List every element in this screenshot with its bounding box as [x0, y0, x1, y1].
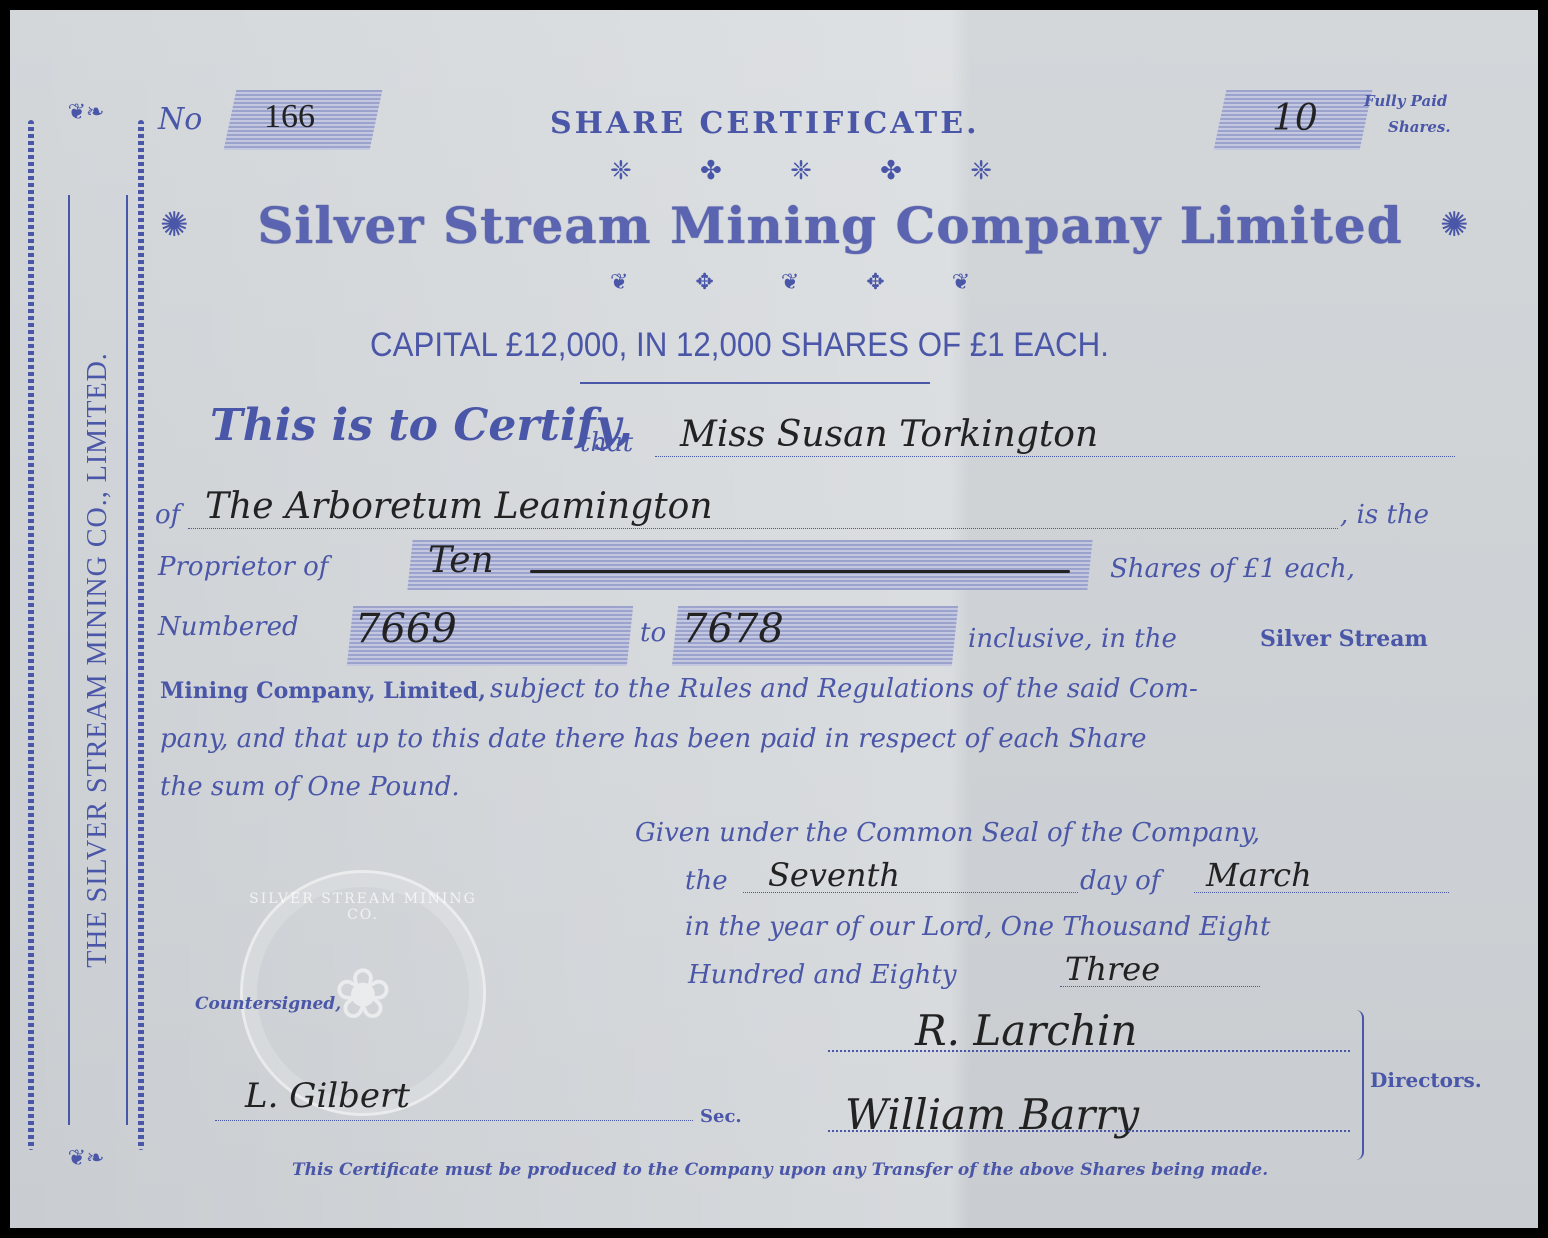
- flourish-divider: [580, 382, 930, 384]
- flourish-top-icon: ❦❧: [38, 100, 134, 124]
- side-scroll-banner: THE SILVER STREAM MINING CO., LIMITED.: [68, 195, 128, 1125]
- certificate-number: 166: [264, 98, 315, 136]
- certificate-heading: SHARE CERTIFICATE.: [550, 106, 980, 141]
- shares-words-strike: [530, 570, 1070, 573]
- number-from: 7669: [355, 606, 457, 652]
- ornament-right-icon: ✺: [1440, 205, 1469, 245]
- countersigned-label: Countersigned,: [195, 994, 341, 1014]
- paragraph-line-4: the sum of One Pound.: [160, 772, 460, 802]
- number-to: 7678: [682, 606, 784, 652]
- company-inline-1: Silver Stream: [1260, 626, 1428, 652]
- number-label: No: [158, 102, 202, 137]
- year-value: Three: [1065, 950, 1160, 988]
- side-border: ❦❧ ❦❧ THE SILVER STREAM MINING CO., LIMI…: [28, 100, 144, 1170]
- director-2-line: [828, 1130, 1350, 1132]
- seal-clause-line-1: Given under the Common Seal of the Compa…: [635, 818, 1260, 848]
- capital-line: CAPITAL £12,000, IN 12,000 SHARES OF £1 …: [370, 326, 1109, 365]
- is-the-label: , is the: [1340, 500, 1429, 530]
- directors-label: Directors.: [1370, 1068, 1482, 1092]
- chain-border-left: [28, 120, 34, 1150]
- day-of-label: day of: [1080, 866, 1160, 896]
- holder-name: Miss Susan Torkington: [680, 414, 1098, 455]
- holder-address: The Arboretum Leamington: [205, 486, 713, 527]
- the-label: the: [685, 866, 728, 896]
- seal-text: SILVER STREAM MINING CO.: [243, 891, 483, 923]
- seal-clause-line-3: in the year of our Lord, One Thousand Ei…: [685, 912, 1270, 942]
- paragraph-line-3: pany, and that up to this date there has…: [160, 724, 1147, 754]
- shares-count: 10: [1272, 98, 1318, 139]
- shares-words-box: [407, 540, 1092, 590]
- ornament-left-icon: ✺: [160, 205, 189, 245]
- side-banner-text: THE SILVER STREAM MINING CO., LIMITED.: [82, 352, 114, 968]
- shares-label: Shares.: [1388, 118, 1451, 136]
- footer-notice: This Certificate must be produced to the…: [292, 1160, 1268, 1180]
- that-label: that: [580, 428, 633, 458]
- seal-clause-line-4: Hundred and Eighty: [688, 960, 957, 990]
- holder-line: [655, 456, 1455, 457]
- of-label: of: [155, 500, 180, 530]
- secretary-line: [215, 1120, 693, 1121]
- flourish-bottom-icon: ❦❧: [38, 1146, 134, 1170]
- share-certificate: ❦❧ ❦❧ THE SILVER STREAM MINING CO., LIMI…: [10, 10, 1538, 1228]
- directors-bracket: [1356, 1010, 1364, 1160]
- address-line: [188, 528, 1338, 529]
- inclusive-text: inclusive, in the: [968, 624, 1177, 654]
- director-1-line: [828, 1050, 1350, 1052]
- company-inline-2: Mining Company, Limited,: [160, 678, 486, 704]
- chain-border-right: [138, 120, 144, 1150]
- proprietor-label: Proprietor of: [158, 552, 328, 582]
- fully-paid-label: Fully Paid: [1364, 92, 1447, 110]
- certify-lead: This is to Certify,: [210, 400, 632, 451]
- sec-label: Sec.: [700, 1106, 742, 1127]
- day-value: Seventh: [768, 856, 900, 894]
- company-name: Silver Stream Mining Company Limited: [215, 196, 1445, 255]
- director-1-signature: R. Larchin: [915, 1006, 1137, 1055]
- ornament-bottom-icon: ❦ ✥ ❦ ✥ ❦: [610, 270, 1000, 295]
- numbered-label: Numbered: [158, 612, 299, 642]
- month-value: March: [1206, 856, 1312, 894]
- secretary-signature: L. Gilbert: [245, 1076, 410, 1116]
- shares-suffix: Shares of £1 each,: [1110, 554, 1355, 584]
- ornament-top-icon: ❈ ✤ ❈ ✤ ❈: [610, 156, 1022, 186]
- paragraph-line-2: subject to the Rules and Regulations of …: [490, 674, 1198, 704]
- shares-words: Ten: [428, 540, 494, 581]
- to-label: to: [640, 618, 666, 648]
